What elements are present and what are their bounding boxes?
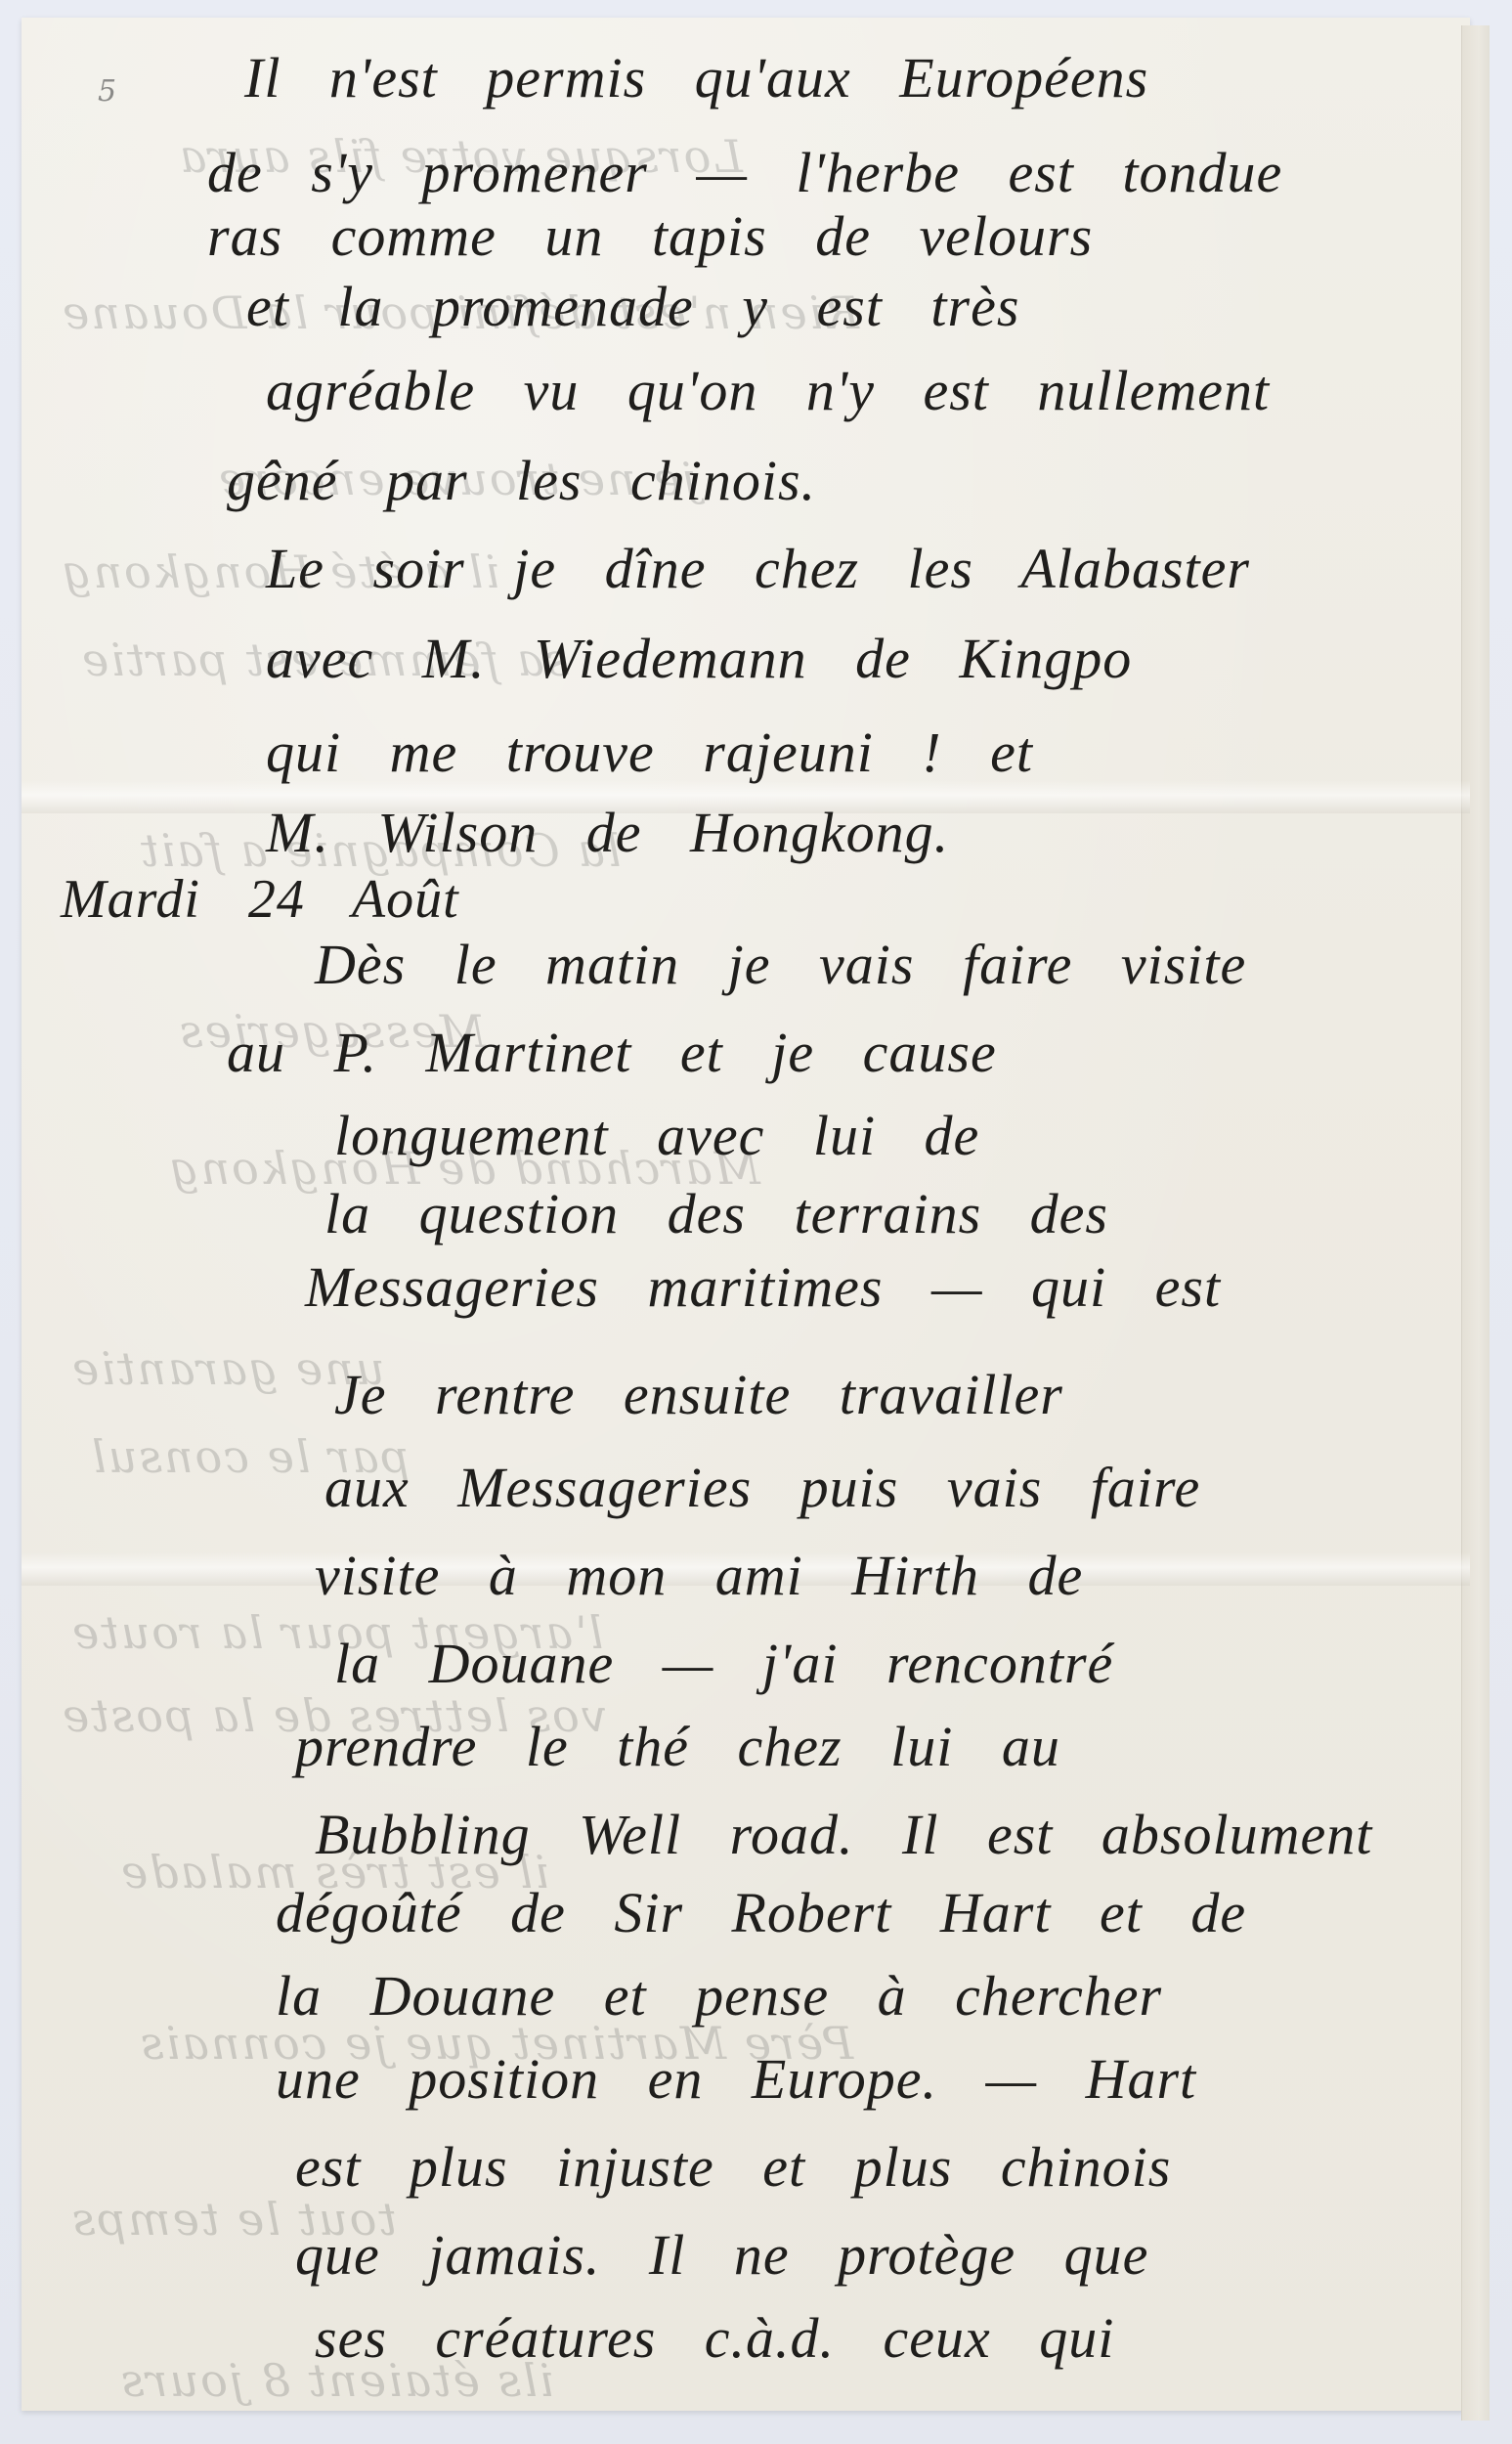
manuscript-line: Le soir je dîne chez les Alabaster <box>266 536 1250 601</box>
manuscript-line: gêné par les chinois. <box>227 448 816 513</box>
manuscript-line: la question des terrains des <box>324 1181 1108 1246</box>
manuscript-line: agréable vu qu'on n'y est nullement <box>266 358 1270 423</box>
manuscript-line: Je rentre ensuite travailler <box>334 1362 1063 1427</box>
adjacent-page-edge <box>1461 25 1490 2421</box>
manuscript-line: est plus injuste et plus chinois <box>295 2134 1171 2200</box>
manuscript-line: qui me trouve rajeuni ! et <box>266 720 1033 785</box>
manuscript-line: Bubbling Well road. Il est absolument <box>315 1802 1372 1867</box>
page-number: 5 <box>98 74 116 109</box>
manuscript-line: visite à mon ami Hirth de <box>315 1543 1083 1608</box>
manuscript-page: Lorsque votre fils aura Rien n'est défin… <box>22 18 1470 2411</box>
manuscript-line: Il n'est permis qu'aux Européens <box>244 45 1148 110</box>
manuscript-line: ras comme un tapis de velours <box>207 203 1093 269</box>
manuscript-line: Dès le matin je vais faire visite <box>315 932 1246 997</box>
manuscript-line: prendre le thé chez lui au <box>295 1714 1060 1779</box>
manuscript-line: de s'y promener — l'herbe est tondue <box>207 140 1282 205</box>
manuscript-line: la Douane et pense à chercher <box>276 1963 1162 2029</box>
document-scan-scene: Lorsque votre fils aura Rien n'est défin… <box>0 0 1512 2444</box>
manuscript-line: ses créatures c.à.d. ceux qui <box>315 2305 1114 2371</box>
manuscript-line: au P. Martinet et je cause <box>227 1020 997 1085</box>
manuscript-line: M. Wilson de Hongkong. <box>266 800 949 865</box>
manuscript-line: Messageries maritimes — qui est <box>305 1254 1221 1320</box>
date-heading: Mardi 24 Août <box>61 868 459 931</box>
manuscript-line: une position en Europe. — Hart <box>276 2046 1196 2112</box>
manuscript-line: que jamais. Il ne protège que <box>295 2222 1148 2288</box>
manuscript-line: la Douane — j'ai rencontré <box>334 1631 1113 1696</box>
manuscript-line: dégoûté de Sir Robert Hart et de <box>276 1880 1246 1945</box>
manuscript-line: et la promenade y est très <box>246 274 1019 339</box>
manuscript-line: avec M. Wiedemann de Kingpo <box>266 626 1132 691</box>
manuscript-line: longuement avec lui de <box>334 1103 979 1168</box>
manuscript-line: aux Messageries puis vais faire <box>324 1455 1200 1520</box>
